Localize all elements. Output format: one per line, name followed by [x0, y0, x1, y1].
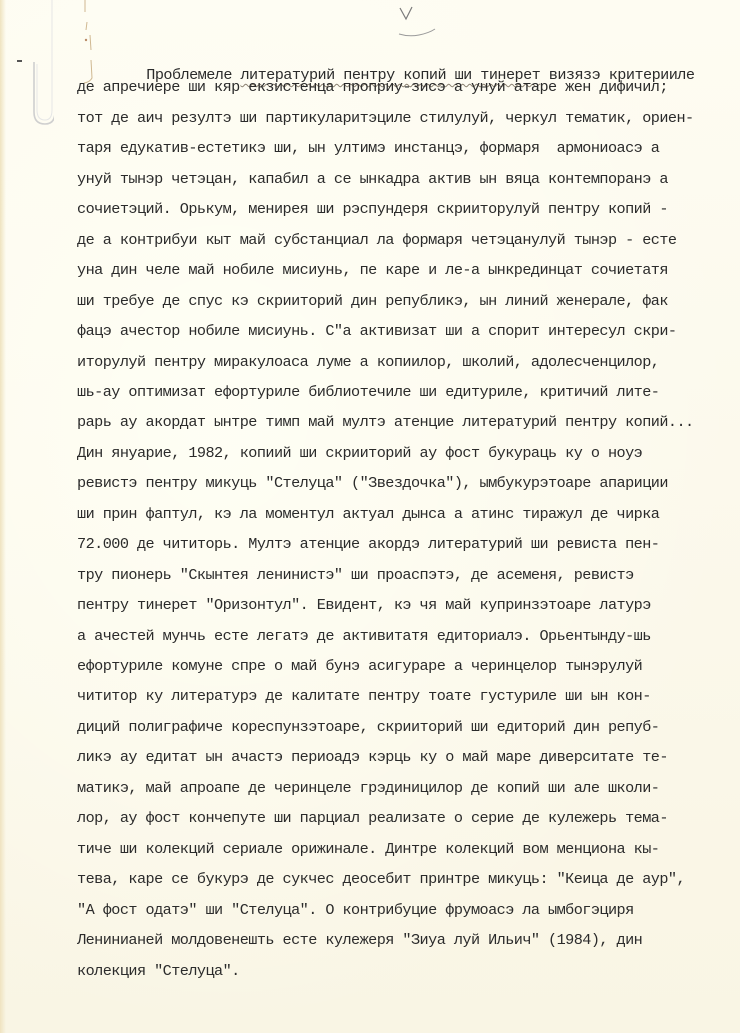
text-line: шь-ау оптимизат ефортуриле библиотечиле …	[77, 383, 659, 401]
text-line: унуй тынэр четэцан, капабил а се ынкадра…	[77, 170, 668, 188]
text-line: де апречиере ши кяр екзистенца проприу-з…	[77, 78, 668, 96]
text-line: матикэ, май апроапе де черинцеле грэдини…	[77, 779, 659, 797]
text-line: тру пионерь "Скынтея ленинистэ" ши проас…	[77, 566, 634, 584]
text-line: уна дин челе май нобиле мисиунь, пе каре…	[77, 261, 668, 279]
text-line: рарь ау акордат ынтре тимп май мултэ ате…	[77, 413, 694, 431]
margin-mark	[17, 60, 22, 62]
checkmark-icon	[395, 4, 445, 38]
text-line: сочиетэций. Орькум, менирея ши рэспундер…	[77, 200, 668, 218]
text-line: пентру тинерет "Оризонтул". Евидент, кэ …	[77, 596, 651, 614]
paperclip-icon	[14, 0, 54, 130]
text-line: фацэ ачестор нобиле мисиунь. С"а активиз…	[77, 322, 676, 340]
text-line: чититор ку литературэ де калитате пентру…	[77, 687, 651, 705]
text-line: колекция "Стелуца".	[77, 962, 240, 980]
text-line: ликэ ау едитат ын ачастэ периоадэ кэрць …	[77, 748, 668, 766]
text-line: Ленинианей молдовенешть есте кулежеря "З…	[77, 931, 642, 949]
text-line: ши требуе де спус кэ скрииторий дин репу…	[77, 292, 668, 310]
text-line: таря едукатив-естетикэ ши, ын ултимэ инс…	[77, 139, 659, 157]
text-line: ефортуриле комуне спре о май бунэ асигур…	[77, 657, 642, 675]
text-line: а ачестей мунчь есте легатэ де активитат…	[77, 627, 651, 645]
text-line: тот де аич резултэ ши партикуларитэциле …	[77, 109, 694, 127]
text-line: тиче ши колекций сериале орижинале. Динт…	[77, 840, 659, 858]
text-line: Дин януарие, 1982, копиий ши скрииторий …	[77, 444, 642, 462]
text-line: тева, каре се букурэ де сукчес деосебит …	[77, 870, 685, 888]
text-line: диций полиграфиче кореспунзэтоаре, скрии…	[77, 718, 659, 736]
text-line: 72.000 де чититорь. Мултэ атенцие акордэ…	[77, 535, 659, 553]
text-line: "А фост одатэ" ши "Стелуца". О контрибуц…	[77, 901, 634, 919]
text-line: де а контрибуи кыт май субстанциал ла фо…	[77, 231, 676, 249]
text-line: иторулуй пентру миракулоаса луме а копии…	[77, 353, 659, 371]
rust-stain	[82, 0, 94, 85]
paper-edge-shadow	[0, 0, 6, 1033]
text-line: ревистэ пентру микуць "Стелуца" ("Звездо…	[77, 474, 668, 492]
text-line: лор, ау фост кончепуте ши парциал реализ…	[77, 809, 668, 827]
text-line: ши прин фаптул, кэ ла моментул актуал ды…	[77, 505, 659, 523]
